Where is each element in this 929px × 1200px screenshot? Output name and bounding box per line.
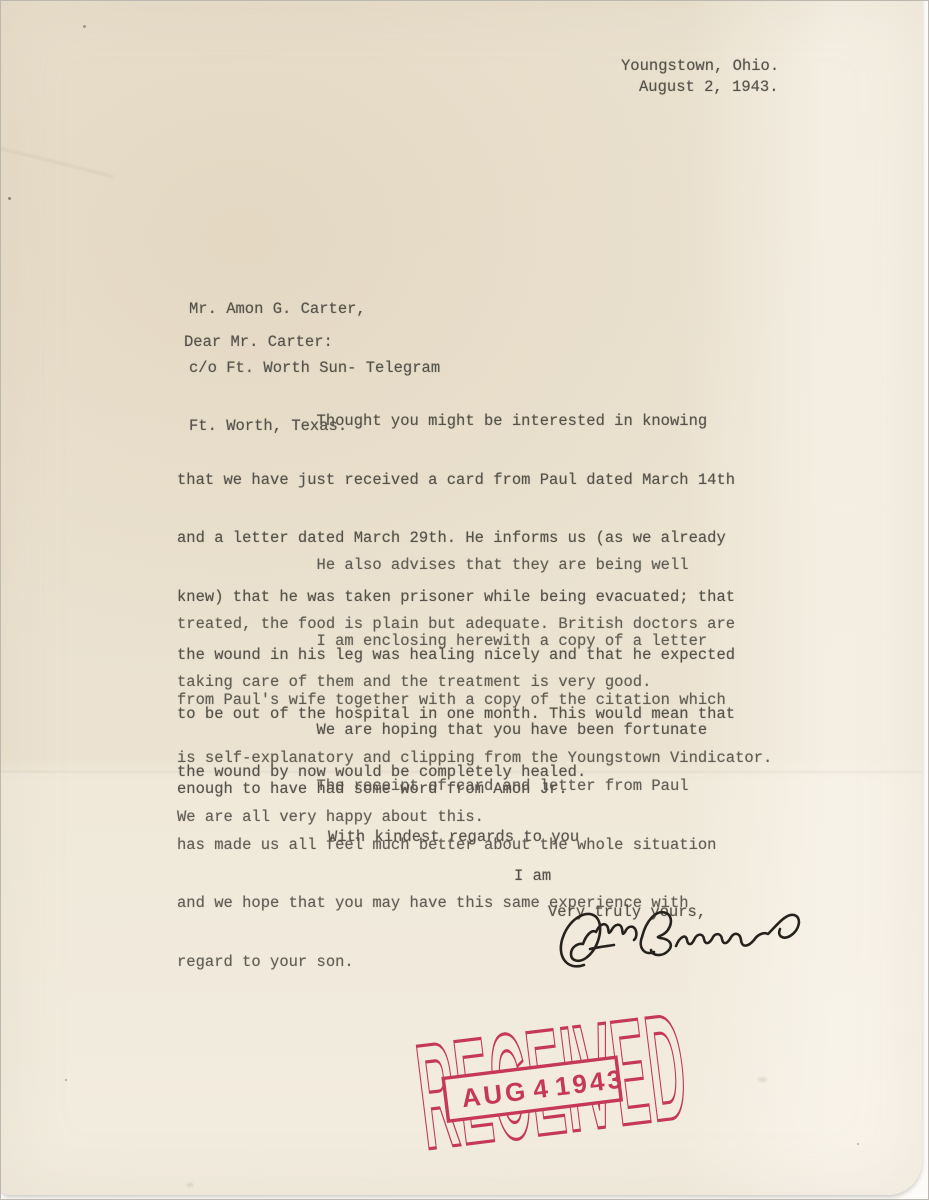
paper-speck [8, 197, 11, 200]
paragraph-line: I am enclosing herewith a copy of a lett… [177, 632, 772, 652]
signature [553, 905, 821, 979]
stamp-date-day: 4 [531, 1073, 552, 1105]
paper-smudge [187, 1183, 193, 1187]
signature-stroke [561, 912, 799, 966]
dateline-place: Youngstown, Ohio. [621, 57, 779, 77]
dateline-date: August 2, 1943. [639, 78, 779, 98]
scanned-letter-page: Youngstown, Ohio. August 2, 1943. Mr. Am… [0, 0, 929, 1200]
paragraph-line: The receipt of card and letter from Paul [177, 777, 717, 797]
paper-speck [65, 1079, 67, 1081]
paper-speck [857, 1143, 859, 1145]
closing-i-am: I am [514, 867, 551, 887]
paper-speck [83, 25, 86, 28]
closing-regards: With kindest regards to you [328, 828, 579, 848]
paragraph-line: Thought you might be interested in knowi… [177, 412, 735, 432]
paragraph-line: that we have just received a card from P… [177, 471, 735, 491]
paragraph-line: He also advises that they are being well [177, 556, 735, 576]
paper-smudge [758, 1077, 767, 1082]
recipient-line: Mr. Amon G. Carter, [189, 300, 440, 320]
salutation: Dear Mr. Carter: [184, 333, 333, 353]
